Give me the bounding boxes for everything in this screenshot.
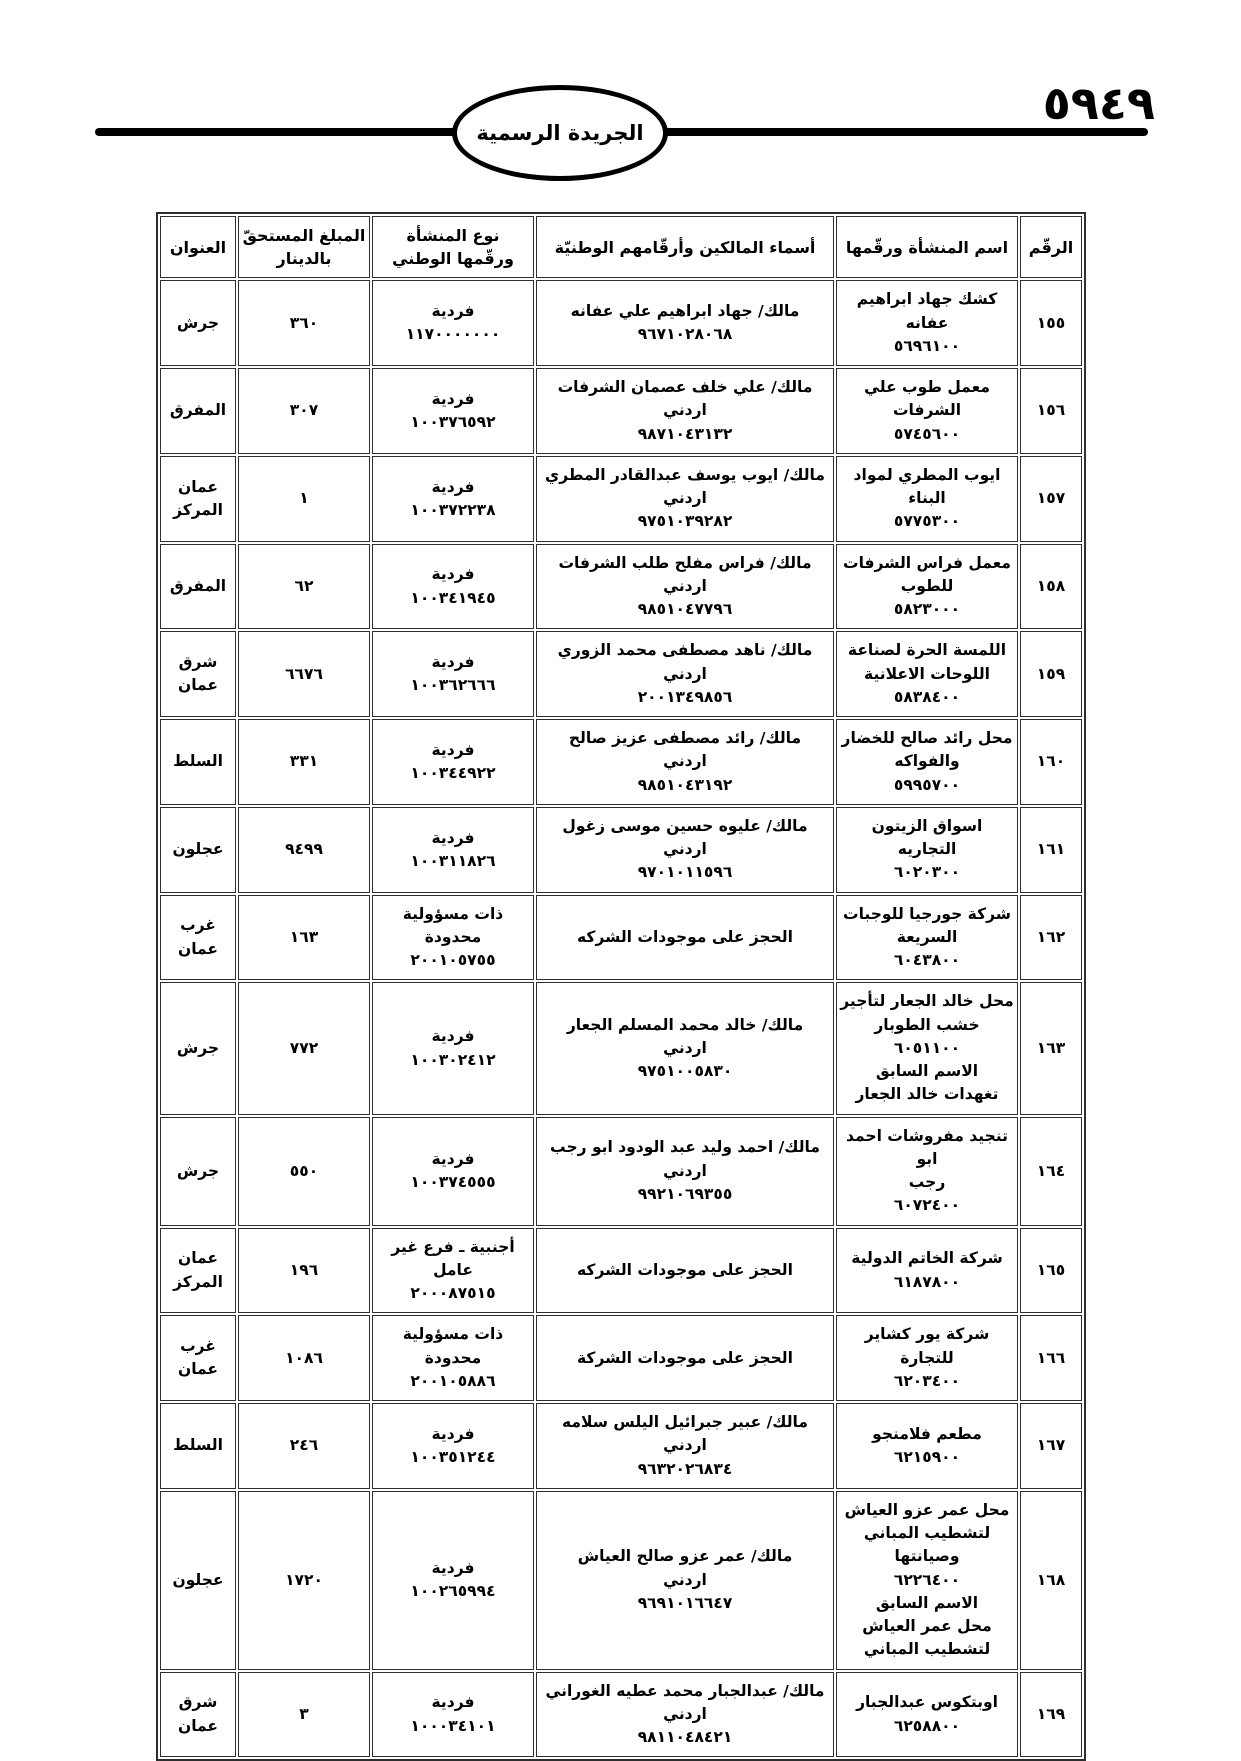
owners: الحجز على موجودات الشركه bbox=[536, 1228, 834, 1314]
amount-due: ٢٤٦ bbox=[238, 1403, 370, 1489]
table-row: ١٦٣محل خالد الجعار لتأجيرخشب الطوبار٦٠٥١… bbox=[160, 982, 1082, 1114]
table-row: ١٥٧ايوب المطري لمواد البناء٥٧٧٥٣٠٠مالك/ … bbox=[160, 456, 1082, 542]
amount-due: ٧٧٢ bbox=[238, 982, 370, 1114]
owners: مالك/ عليوه حسين موسى زغولاردني٩٧٠١٠١١٥٩… bbox=[536, 807, 834, 893]
row-number: ١٦٤ bbox=[1020, 1117, 1082, 1226]
table-row: ١٦٧مطعم فلامنجو٦٢١٥٩٠٠مالك/ عبير جبرائيل… bbox=[160, 1403, 1082, 1489]
table-row: ١٥٦معمل طوب علي الشرفات٥٧٤٥٦٠٠مالك/ علي … bbox=[160, 368, 1082, 454]
establishment-type: أجنبية ـ فرع غير عامل٢٠٠٠٨٧٥١٥ bbox=[372, 1228, 534, 1314]
table-header-row: الرقّماسم المنشأة ورقّمهاأسماء المالكين … bbox=[160, 216, 1082, 278]
establishment-type: فردية١٠٠٣٧٢٢٣٨ bbox=[372, 456, 534, 542]
table-row: ١٦٥شركة الخاتم الدولية٦١٨٧٨٠٠الحجز على م… bbox=[160, 1228, 1082, 1314]
table-row: ١٥٨معمل فراس الشرفاتللطوب٥٨٢٣٠٠٠مالك/ فر… bbox=[160, 544, 1082, 630]
table-row: ١٦١اسواق الزيتون التجاريه٦٠٢٠٣٠٠مالك/ عل… bbox=[160, 807, 1082, 893]
establishment-name: معمل فراس الشرفاتللطوب٥٨٢٣٠٠٠ bbox=[836, 544, 1018, 630]
gazette-page: { "header": { "page_number": "٥٩٤٩", "ga… bbox=[0, 0, 1241, 1754]
address: جرش bbox=[160, 1117, 236, 1226]
establishment-name: كشك جهاد ابراهيم عفانه٥٦٩٦١٠٠ bbox=[836, 280, 1018, 366]
gazette-title-badge: الجريدة الرسمية bbox=[452, 85, 668, 181]
address: جرش bbox=[160, 982, 236, 1114]
row-number: ١٦٠ bbox=[1020, 719, 1082, 805]
amount-due: ٣٦٠ bbox=[238, 280, 370, 366]
gazette-title: الجريدة الرسمية bbox=[476, 121, 643, 145]
establishment-name: محل خالد الجعار لتأجيرخشب الطوبار٦٠٥١١٠٠… bbox=[836, 982, 1018, 1114]
address: عمانالمركز bbox=[160, 1228, 236, 1314]
establishment-name: شركة يور كشاير للتجارة٦٢٠٣٤٠٠ bbox=[836, 1315, 1018, 1401]
row-number: ١٦١ bbox=[1020, 807, 1082, 893]
establishment-type: فردية١٠٠٣٥١٢٤٤ bbox=[372, 1403, 534, 1489]
owners: الحجز على موجودات الشركة bbox=[536, 1315, 834, 1401]
amount-due: ١٧٢٠ bbox=[238, 1491, 370, 1670]
row-number: ١٦٦ bbox=[1020, 1315, 1082, 1401]
establishment-name: محل عمر عزو العياشلتشطيب المباني وصيانته… bbox=[836, 1491, 1018, 1670]
establishment-name: معمل طوب علي الشرفات٥٧٤٥٦٠٠ bbox=[836, 368, 1018, 454]
establishment-type: فردية١٠٠٣١١٨٢٦ bbox=[372, 807, 534, 893]
amount-due: ٩٤٩٩ bbox=[238, 807, 370, 893]
address: المفرق bbox=[160, 368, 236, 454]
row-number: ١٥٥ bbox=[1020, 280, 1082, 366]
owners: مالك/ ناهد مصطفى محمد الزورياردني٢٠٠١٣٤٩… bbox=[536, 631, 834, 717]
establishment-type: فردية١٠٠٣٤٤٩٢٢ bbox=[372, 719, 534, 805]
owners: مالك/ رائد مصطفى عزيز صالحاردني٩٨٥١٠٤٣١٩… bbox=[536, 719, 834, 805]
table-row: ١٥٥كشك جهاد ابراهيم عفانه٥٦٩٦١٠٠مالك/ جه… bbox=[160, 280, 1082, 366]
row-number: ١٦٢ bbox=[1020, 895, 1082, 981]
owners: مالك/ عبير جبرائيل اليلس سلامهاردني٩٦٣٢٠… bbox=[536, 1403, 834, 1489]
address: شرقعمان bbox=[160, 1672, 236, 1758]
row-number: ١٦٩ bbox=[1020, 1672, 1082, 1758]
address: المفرق bbox=[160, 544, 236, 630]
address: جرش bbox=[160, 280, 236, 366]
establishment-name: شركة الخاتم الدولية٦١٨٧٨٠٠ bbox=[836, 1228, 1018, 1314]
establishment-type: فردية١٠٠٣٧٦٥٩٢ bbox=[372, 368, 534, 454]
table-body: ١٥٥كشك جهاد ابراهيم عفانه٥٦٩٦١٠٠مالك/ جه… bbox=[160, 280, 1082, 1757]
row-number: ١٥٩ bbox=[1020, 631, 1082, 717]
row-number: ١٥٧ bbox=[1020, 456, 1082, 542]
address: عجلون bbox=[160, 1491, 236, 1670]
owners: مالك/ جهاد ابراهيم علي عفانه٩٦٧١٠٢٨٠٦٨ bbox=[536, 280, 834, 366]
column-header-1: اسم المنشأة ورقّمها bbox=[836, 216, 1018, 278]
amount-due: ١ bbox=[238, 456, 370, 542]
establishment-name: مطعم فلامنجو٦٢١٥٩٠٠ bbox=[836, 1403, 1018, 1489]
column-header-5: العنوان bbox=[160, 216, 236, 278]
establishment-type: فردية١٠٠٢٦٥٩٩٤ bbox=[372, 1491, 534, 1670]
establishment-name: اسواق الزيتون التجاريه٦٠٢٠٣٠٠ bbox=[836, 807, 1018, 893]
row-number: ١٦٧ bbox=[1020, 1403, 1082, 1489]
establishment-type: فردية١٠٠٣٠٢٤١٢ bbox=[372, 982, 534, 1114]
table-row: ١٦٢شركة جورجيا للوجباتالسريعة٦٠٤٣٨٠٠الحج… bbox=[160, 895, 1082, 981]
amount-due: ١٠٨٦ bbox=[238, 1315, 370, 1401]
row-number: ١٥٦ bbox=[1020, 368, 1082, 454]
address: عمانالمركز bbox=[160, 456, 236, 542]
column-header-3: نوع المنشأة ورقّمها الوطني bbox=[372, 216, 534, 278]
owners: مالك/ عبدالجبار محمد عطيه الغورانياردني٩… bbox=[536, 1672, 834, 1758]
address: غربعمان bbox=[160, 1315, 236, 1401]
establishment-type: فردية١١٧٠٠٠٠٠٠٠ bbox=[372, 280, 534, 366]
establishment-name: شركة جورجيا للوجباتالسريعة٦٠٤٣٨٠٠ bbox=[836, 895, 1018, 981]
establishments-table-wrap: الرقّماسم المنشأة ورقّمهاأسماء المالكين … bbox=[156, 212, 1078, 1761]
column-header-4: المبلغ المستحقّ بالدينار bbox=[238, 216, 370, 278]
establishment-type: ذات مسؤولية محدودة٢٠٠١٠٥٧٥٥ bbox=[372, 895, 534, 981]
address: السلط bbox=[160, 719, 236, 805]
owners: مالك/ فراس مفلح طلب الشرفاتاردني٩٨٥١٠٤٧٧… bbox=[536, 544, 834, 630]
establishment-name: تنجيد مفروشات احمد ابورجب٦٠٧٢٤٠٠ bbox=[836, 1117, 1018, 1226]
establishment-name: اللمسة الحرة لصناعةاللوحات الاعلانية٥٨٣٨… bbox=[836, 631, 1018, 717]
owners: الحجز على موجودات الشركه bbox=[536, 895, 834, 981]
amount-due: ٣ bbox=[238, 1672, 370, 1758]
table-row: ١٦٠محل رائد صالح للخضاروالفواكه٥٩٩٥٧٠٠ما… bbox=[160, 719, 1082, 805]
owners: مالك/ ايوب يوسف عبدالقادر المطرياردني٩٧٥… bbox=[536, 456, 834, 542]
address: غربعمان bbox=[160, 895, 236, 981]
establishment-name: محل رائد صالح للخضاروالفواكه٥٩٩٥٧٠٠ bbox=[836, 719, 1018, 805]
establishment-name: اوبتكوس عبدالجبار٦٢٥٨٨٠٠ bbox=[836, 1672, 1018, 1758]
row-number: ١٦٨ bbox=[1020, 1491, 1082, 1670]
page-number: ٥٩٤٩ bbox=[1043, 76, 1155, 130]
table-row: ١٦٤تنجيد مفروشات احمد ابورجب٦٠٧٢٤٠٠مالك/… bbox=[160, 1117, 1082, 1226]
amount-due: ٣٠٧ bbox=[238, 368, 370, 454]
establishment-type: فردية١٠٠٣٦٢٦٦٦ bbox=[372, 631, 534, 717]
address: عجلون bbox=[160, 807, 236, 893]
amount-due: ٣٣١ bbox=[238, 719, 370, 805]
establishment-name: ايوب المطري لمواد البناء٥٧٧٥٣٠٠ bbox=[836, 456, 1018, 542]
column-header-0: الرقّم bbox=[1020, 216, 1082, 278]
establishment-type: فردية١٠٠٣٤١٩٤٥ bbox=[372, 544, 534, 630]
owners: مالك/ خالد محمد المسلم الجعاراردني٩٧٥١٠٠… bbox=[536, 982, 834, 1114]
table-row: ١٦٨محل عمر عزو العياشلتشطيب المباني وصيا… bbox=[160, 1491, 1082, 1670]
amount-due: ٦٢ bbox=[238, 544, 370, 630]
row-number: ١٥٨ bbox=[1020, 544, 1082, 630]
address: السلط bbox=[160, 1403, 236, 1489]
row-number: ١٦٣ bbox=[1020, 982, 1082, 1114]
table-row: ١٥٩اللمسة الحرة لصناعةاللوحات الاعلانية٥… bbox=[160, 631, 1082, 717]
table-row: ١٦٩اوبتكوس عبدالجبار٦٢٥٨٨٠٠مالك/ عبدالجب… bbox=[160, 1672, 1082, 1758]
column-header-2: أسماء المالكين وأرقّامهم الوطنيّة bbox=[536, 216, 834, 278]
table-row: ١٦٦شركة يور كشاير للتجارة٦٢٠٣٤٠٠الحجز عل… bbox=[160, 1315, 1082, 1401]
establishments-table: الرقّماسم المنشأة ورقّمهاأسماء المالكين … bbox=[156, 212, 1086, 1761]
amount-due: ٦٦٧٦ bbox=[238, 631, 370, 717]
establishment-type: فردية١٠٠٠٣٤١٠١ bbox=[372, 1672, 534, 1758]
establishment-type: ذات مسؤولية محدودة٢٠٠١٠٥٨٨٦ bbox=[372, 1315, 534, 1401]
row-number: ١٦٥ bbox=[1020, 1228, 1082, 1314]
establishment-type: فردية١٠٠٣٧٤٥٥٥ bbox=[372, 1117, 534, 1226]
owners: مالك/ علي خلف عصمان الشرفاتاردني٩٨٧١٠٤٣١… bbox=[536, 368, 834, 454]
address: شرقعمان bbox=[160, 631, 236, 717]
amount-due: ١٩٦ bbox=[238, 1228, 370, 1314]
amount-due: ١٦٣ bbox=[238, 895, 370, 981]
amount-due: ٥٥٠ bbox=[238, 1117, 370, 1226]
owners: مالك/ احمد وليد عبد الودود ابو رجباردني٩… bbox=[536, 1117, 834, 1226]
owners: مالك/ عمر عزو صالح العياشاردني٩٦٩١٠١٦٦٤٧ bbox=[536, 1491, 834, 1670]
